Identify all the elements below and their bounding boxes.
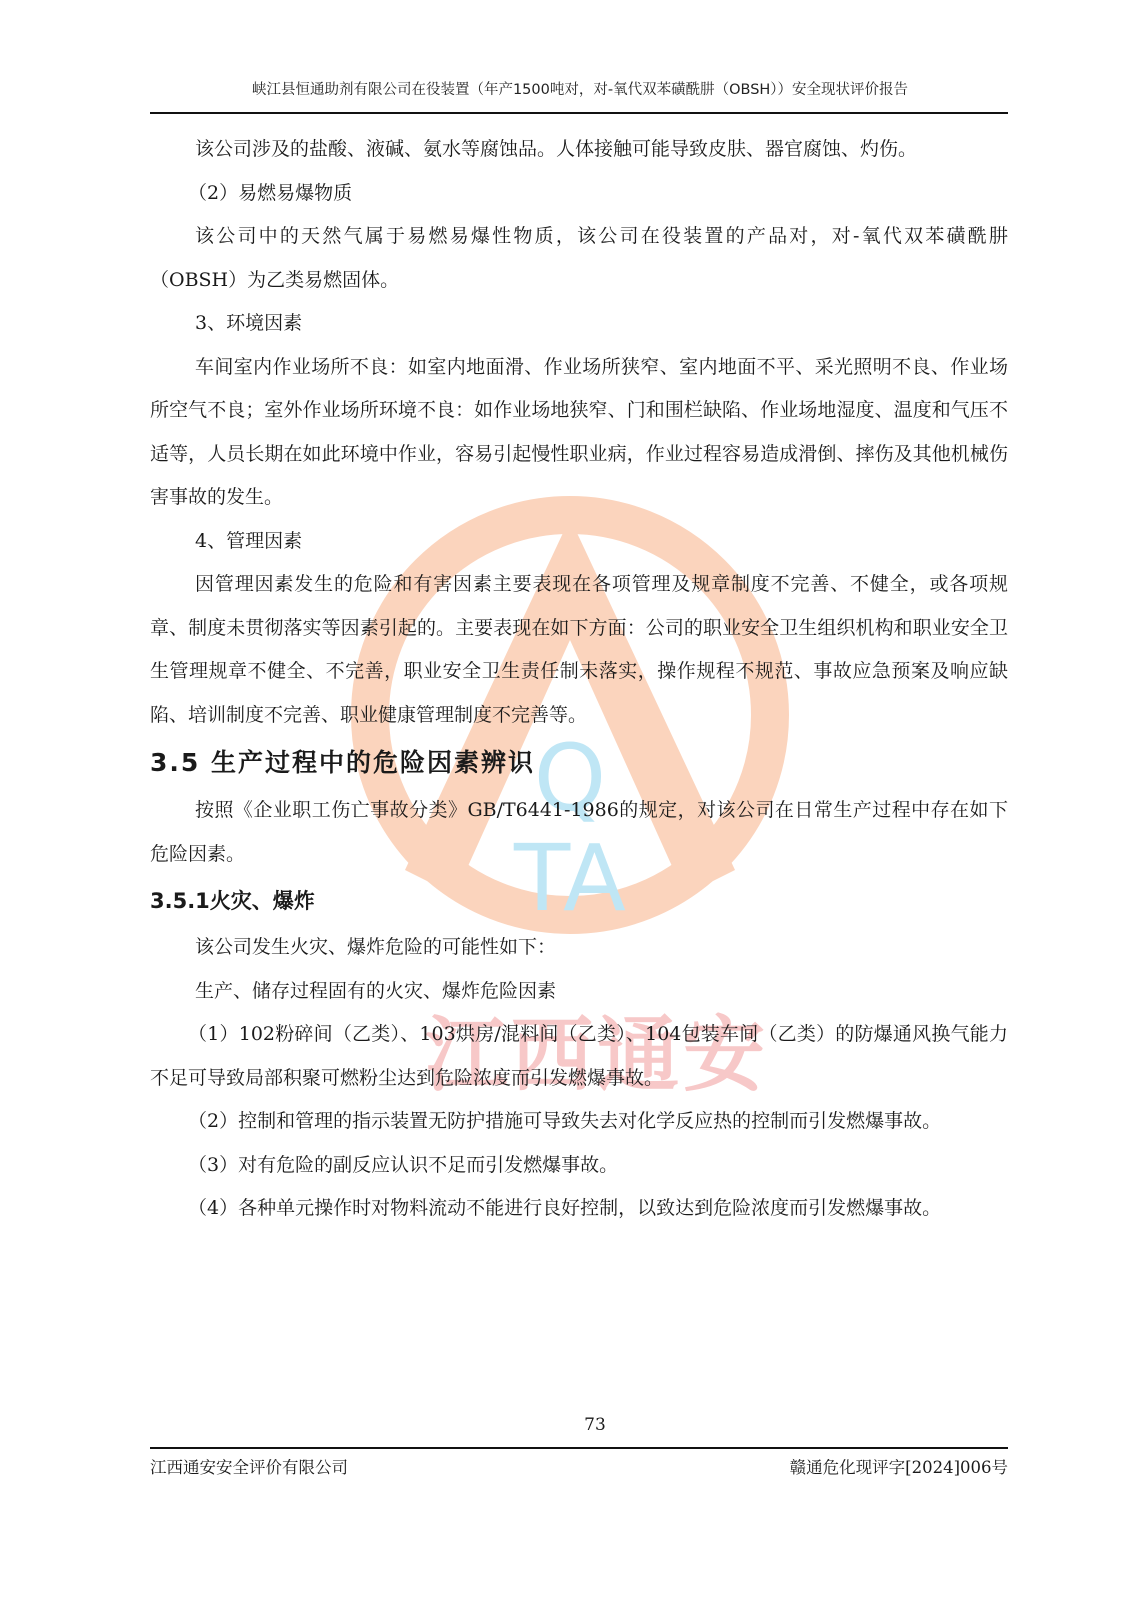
list-item-3: （3）对有危险的副反应认识不足而引发燃爆事故。 — [150, 1144, 1008, 1188]
document-body: 该公司涉及的盐酸、液碱、氨水等腐蚀品。人体接触可能导致皮肤、器官腐蚀、灼伤。 （… — [150, 128, 1008, 1231]
paragraph-gb-standard: 按照《企业职工伤亡事故分类》GB/T6441-1986的规定，对该公司在日常生产… — [150, 789, 1008, 876]
footer-company: 江西通安安全评价有限公司 — [150, 1454, 348, 1478]
paragraph-flammables: 该公司中的天然气属于易燃易爆性物质，该公司在役装置的产品对，对-氧代双苯磺酰肼（… — [150, 215, 1008, 302]
list-item-2: （2）控制和管理的指示装置无防护措施可导致失去对化学反应热的控制而引发燃爆事故。 — [150, 1100, 1008, 1144]
footer-divider — [150, 1447, 1008, 1449]
paragraph-environment: 车间室内作业场所不良：如室内地面滑、作业场所狭窄、室内地面不平、采光照明不良、作… — [150, 346, 1008, 520]
page-header: 峡江县恒通助剂有限公司在役装置（年产1500吨对，对-氧代双苯磺酰肼（OBSH）… — [150, 78, 1010, 99]
paragraph-inherent-hazards: 生产、储存过程固有的火灾、爆炸危险因素 — [150, 970, 1008, 1014]
subheading-management: 4、管理因素 — [150, 520, 1008, 564]
list-item-1: （1）102粉碎间（乙类）、103烘房/混料间（乙类）、104包装车间（乙类）的… — [150, 1013, 1008, 1100]
subheading-flammables: （2）易燃易爆物质 — [150, 172, 1008, 216]
paragraph-corrosives: 该公司涉及的盐酸、液碱、氨水等腐蚀品。人体接触可能导致皮肤、器官腐蚀、灼伤。 — [150, 128, 1008, 172]
section-heading-3-5: 3.5 生产过程中的危险因素辨识 — [150, 737, 1008, 789]
document-page: Q TA 江西通安 峡江县恒通助剂有限公司在役装置（年产1500吨对，对-氧代双… — [0, 0, 1131, 1600]
page-number: 73 — [150, 1415, 1040, 1435]
paragraph-management: 因管理因素发生的危险和有害因素主要表现在各项管理及规章制度不完善、不健全，或各项… — [150, 563, 1008, 737]
subheading-environment: 3、环境因素 — [150, 302, 1008, 346]
list-item-4: （4）各种单元操作时对物料流动不能进行良好控制，以致达到危险浓度而引发燃爆事故。 — [150, 1187, 1008, 1231]
section-heading-3-5-1: 3.5.1火灾、爆炸 — [150, 876, 1008, 926]
paragraph-fire-intro: 该公司发生火灾、爆炸危险的可能性如下： — [150, 926, 1008, 970]
footer-doc-number: 赣通危化现评字[2024]006号 — [790, 1454, 1008, 1478]
header-divider — [150, 112, 1008, 114]
